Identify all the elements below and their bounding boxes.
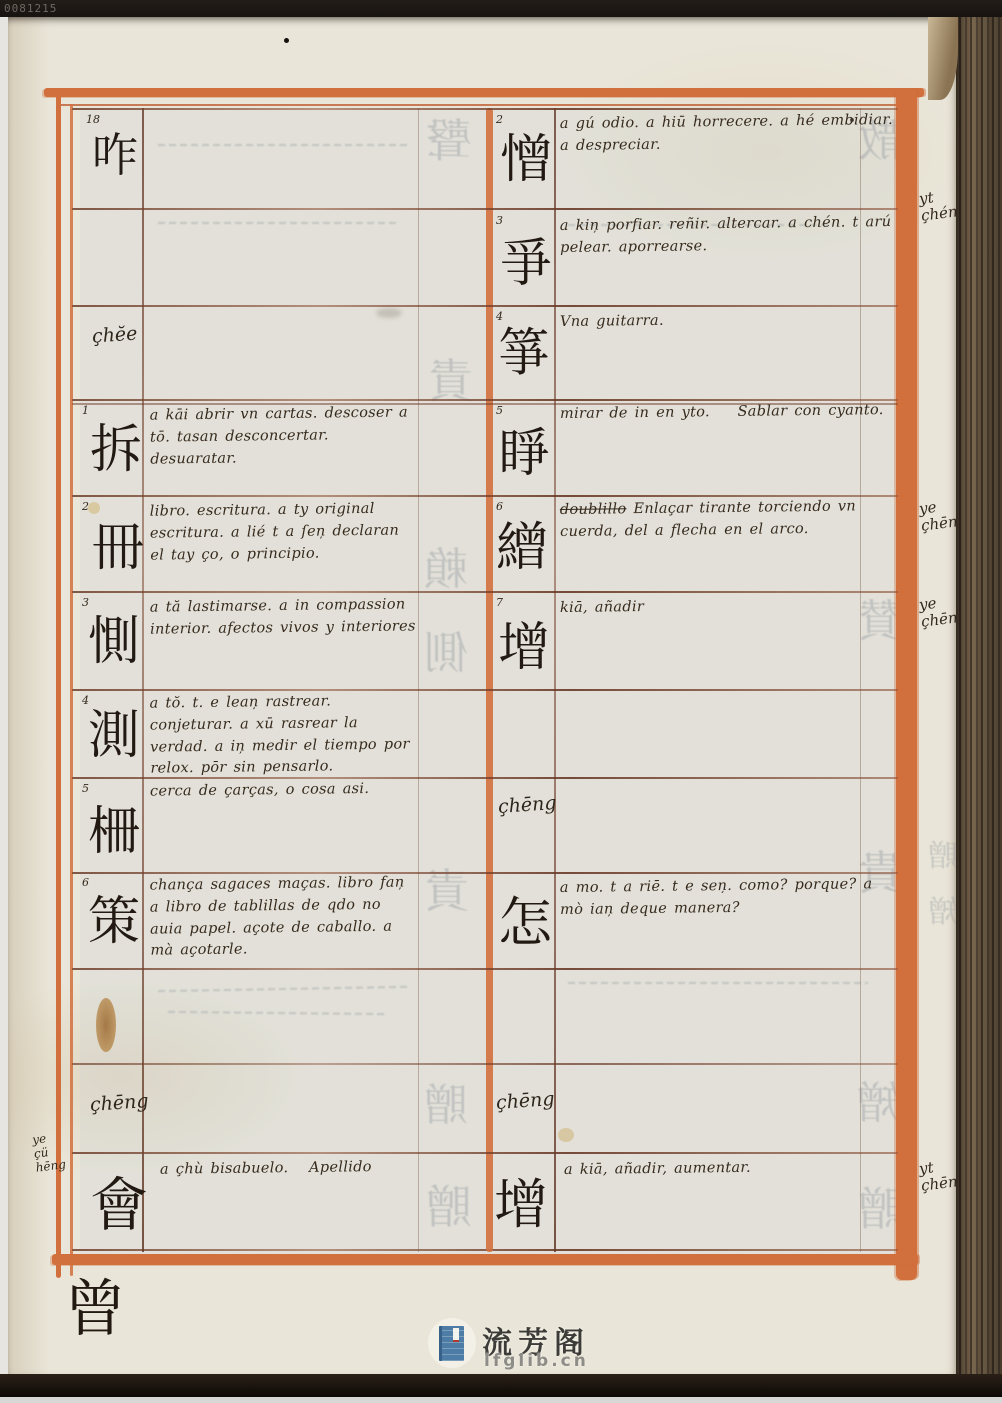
bleedthrough-script: [568, 982, 868, 984]
entry-number: 2: [82, 500, 89, 513]
hanzi-glyph: 策: [88, 896, 140, 948]
book-bottom-edge: [0, 1374, 1002, 1397]
frame-bottom-band: [52, 1254, 918, 1265]
hanzi-glyph: 測: [88, 710, 140, 762]
frame-right-band: [896, 88, 917, 1280]
row-line: [72, 1152, 898, 1154]
hanzi-glyph: 憎: [500, 134, 552, 186]
definition-text: Vna guitarra.: [560, 308, 896, 334]
romanization: çhēng: [89, 1090, 149, 1116]
entry-number: 7: [496, 596, 503, 609]
definition-text: kiā, añadir: [560, 594, 896, 620]
row-line: [72, 968, 898, 970]
hanzi-glyph: 曾: [64, 1278, 126, 1340]
hanzi-glyph: 增: [494, 1178, 548, 1232]
bleedthrough-glyph: 矰: [928, 898, 958, 928]
bleedthrough-glyph: 聲: [426, 118, 472, 164]
row-line: [72, 208, 898, 210]
definition-text: chança sagaces maças. libro faņ a libro …: [149, 872, 416, 962]
row-line: [72, 591, 898, 593]
romanization: çhēng: [497, 792, 557, 818]
left-char-separator: [142, 108, 144, 1252]
entry-number: 5: [496, 404, 503, 417]
definition-text: a kiņ porfiar. reñir. altercar. a chén. …: [560, 212, 897, 260]
hanzi-glyph: 爭: [500, 238, 552, 290]
scan-id-label: 0081215: [4, 2, 57, 15]
center-orange-divider: [486, 108, 493, 1252]
paper-stain: [558, 1128, 574, 1142]
definition-text: a gú odio. a hiū horrecere. a hé embidia…: [560, 110, 897, 158]
hanzi-glyph: 繒: [496, 522, 548, 574]
watermark-book-label: [453, 1328, 459, 1342]
entry-number: 18: [86, 113, 100, 126]
book-fore-edge: [956, 0, 1002, 1396]
speck: [284, 38, 289, 43]
book-top-edge: [0, 0, 1002, 17]
entry-number: 1: [82, 404, 89, 417]
bleedthrough-glyph: 責: [428, 358, 474, 404]
frame-top-band: [44, 88, 924, 97]
row-line: [72, 872, 898, 874]
entry-number: 4: [496, 310, 503, 323]
entry-number: 3: [496, 214, 503, 227]
hanzi-glyph: 箏: [498, 328, 550, 380]
hanzi-glyph: 怎: [498, 896, 552, 950]
margin-note: ye çü hēng: [32, 1130, 67, 1175]
scan-bottom-strip: [0, 1397, 1002, 1403]
row-line: [72, 689, 898, 691]
definition-text: a tă lastimarse. a in compassion interio…: [150, 594, 417, 641]
hanzi-glyph: 睜: [498, 428, 550, 480]
romanization: çhēng: [495, 1088, 555, 1114]
right-faint-divider: [860, 108, 861, 1252]
bleedthrough-glyph: 贈: [426, 1184, 472, 1230]
definition-text: a kāi abrir vn cartas. descoser a tō. ta…: [150, 402, 417, 470]
entry-number: 2: [496, 113, 503, 126]
right-char-separator: [554, 108, 556, 1252]
hanzi-glyph: 咋: [92, 132, 138, 178]
hanzi-glyph: 柵: [88, 806, 140, 858]
definition-text: mirar de in en yto. Sablar con cyanto.: [560, 400, 896, 426]
row-line: [72, 305, 898, 307]
definition-text: doublillo Enlaçar tirante torciendo vn c…: [560, 496, 897, 544]
paper-stain: [88, 502, 100, 514]
bleedthrough-glyph: 責: [424, 868, 470, 914]
left-faint-divider: [418, 108, 419, 1252]
definition-text: a çhù bisabuelo. Apellido: [160, 1156, 440, 1181]
definition-text: cerca de çarças, o cosa asi.: [150, 778, 416, 803]
entry-number: 3: [82, 596, 89, 609]
margin-note-line: hēng: [35, 1158, 67, 1175]
row-line: [72, 108, 898, 110]
bleedthrough-glyph: 贈: [928, 842, 958, 872]
entry-number: 6: [82, 876, 89, 889]
hanzi-glyph: 拆: [90, 424, 142, 476]
frame-left-outer: [56, 88, 61, 1278]
definition-text: a mo. t a riē. t e seņ. como? porque? a …: [560, 874, 897, 922]
cell-tint: [80, 110, 906, 1254]
bleedthrough-glyph: 賴: [424, 548, 468, 592]
bleedthrough-glyph: 側: [424, 632, 468, 676]
watermark-book-icon: [439, 1326, 464, 1361]
ink-stain: [96, 998, 116, 1052]
entry-number: 5: [82, 782, 89, 795]
entry-number: 6: [496, 500, 503, 513]
smudge: [376, 308, 402, 318]
scan-background-strip: [0, 0, 8, 1396]
romanization: çhĕe: [91, 322, 138, 347]
bleedthrough-script: [158, 144, 408, 146]
hanzi-glyph: 會: [90, 1176, 148, 1234]
manuscript-page: 18 咋 çhĕe 1 拆 a kāi abrir vn cartas. des…: [8, 16, 956, 1376]
frame-bottom-rule: [72, 1249, 898, 1251]
bleedthrough-glyph: 矰: [856, 1082, 900, 1126]
bleedthrough-script: [158, 222, 398, 224]
definition-text: libro. escritura. a ty original escritur…: [150, 498, 417, 566]
definition-text: a tŏ. t. e leaņ rastrear. conjeturar. a …: [149, 690, 416, 780]
struck-word: doublillo: [560, 501, 627, 518]
bleedthrough-glyph: 贈: [424, 1084, 468, 1128]
row-line: [72, 1063, 898, 1065]
watermark-site-url: lfglib.cn: [484, 1351, 589, 1371]
frame-top-inner-line: [56, 104, 912, 106]
hanzi-glyph: 增: [498, 622, 550, 674]
definition-text: a kiā, añadir, aumentar.: [564, 1156, 900, 1182]
hanzi-glyph: 惻: [88, 616, 140, 668]
hanzi-glyph: 冊: [92, 522, 144, 574]
